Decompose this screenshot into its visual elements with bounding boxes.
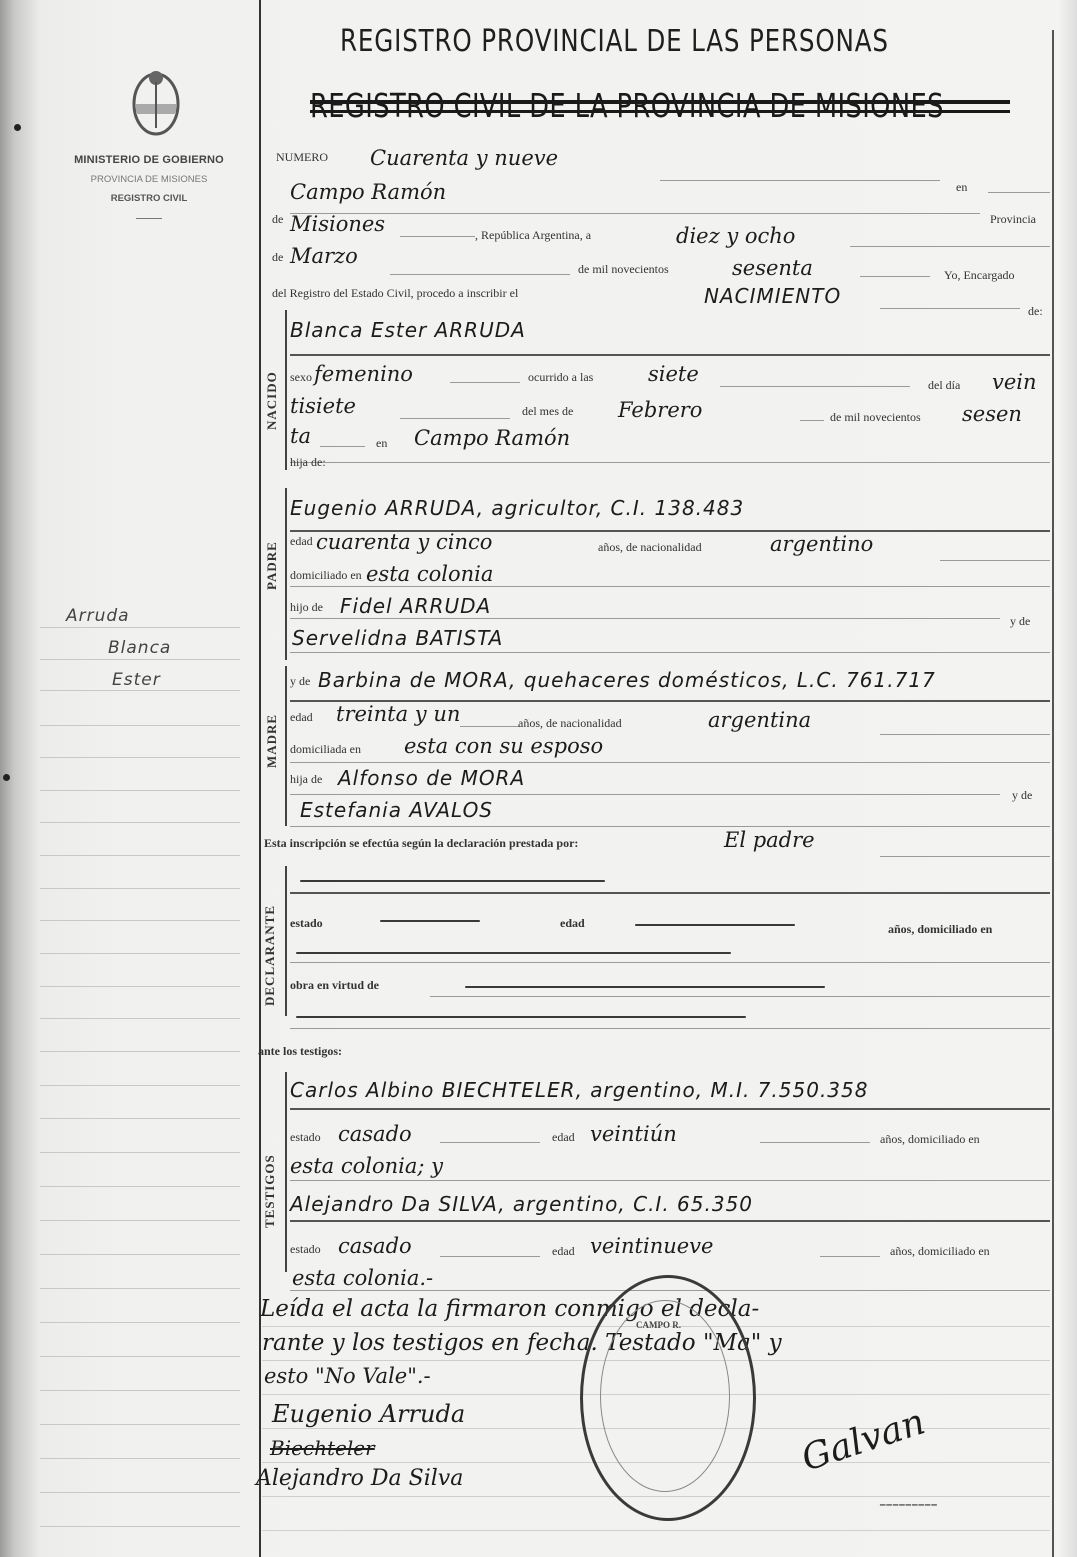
ministry-divider	[136, 218, 162, 219]
void-line	[465, 986, 825, 988]
domiciliado-label: años, domiciliado en	[880, 1132, 980, 1147]
edad-label: edad	[552, 1244, 575, 1259]
domiciliado-label: domiciliado en	[290, 568, 362, 583]
inscripcion-label: Esta inscripción se efectúa según la dec…	[264, 836, 578, 851]
domiciliado-label: años, domiciliado en	[890, 1244, 990, 1259]
section-label-testigos: TESTIGOS	[262, 1154, 278, 1228]
numero-label: NUMERO	[276, 150, 328, 165]
edad-label: edad	[290, 534, 313, 549]
year-value-part1: sesen	[962, 402, 1022, 426]
en-label: en	[376, 436, 387, 451]
strikethrough	[310, 100, 1010, 104]
y-de-label: y de	[1012, 788, 1032, 803]
de2-label: de	[272, 250, 283, 265]
witness2-domicile: esta colonia.-	[292, 1266, 433, 1290]
mother-nationality: argentina	[708, 708, 811, 732]
void-line	[380, 920, 480, 922]
ministry-name: MINISTERIO DE GOBIERNO	[40, 154, 258, 166]
registry-title: REGISTRO PROVINCIAL DE LAS PERSONAS	[340, 24, 889, 59]
year-value-part2: ta	[290, 424, 311, 448]
registry-title-struck: REGISTRO CIVIL DE LA PROVINCIA DE MISION…	[310, 86, 944, 125]
registro-label: del Registro del Estado Civil, procedo a…	[272, 286, 518, 301]
witness1-estado: casado	[338, 1122, 412, 1146]
year-label: de mil novecientos	[578, 262, 669, 277]
father-name: Eugenio ARRUDA, agricultor, C.I. 138.483	[290, 496, 744, 520]
section-bracket	[285, 666, 287, 826]
nacionalidad-label: años, de nacionalidad	[598, 540, 702, 555]
void-line	[300, 880, 605, 882]
y-de-label: y de	[1010, 614, 1030, 629]
page-edge	[1059, 0, 1077, 1557]
section-bracket	[285, 488, 287, 660]
hija-de-label: hija de	[290, 772, 322, 787]
margin-first-name: Blanca	[108, 638, 171, 658]
day-value-part1: vein	[992, 370, 1037, 394]
hour-value: siete	[648, 362, 699, 386]
section-label-declarante: DECLARANTE	[262, 905, 278, 1006]
right-border-line	[1052, 30, 1054, 1557]
signature-witness2: Alejandro Da Silva	[256, 1466, 463, 1491]
binding-hole	[14, 124, 21, 131]
section-bracket	[285, 310, 287, 470]
ministry-block: MINISTERIO DE GOBIERNO PROVINCIA DE MISI…	[40, 154, 258, 219]
coat-of-arms-icon	[128, 58, 184, 138]
maternal-grandmother: Estefania AVALOS	[300, 798, 493, 822]
obra-label: obra en virtud de	[290, 978, 379, 993]
provincia-label: Provincia	[990, 212, 1036, 227]
edad-label: edad	[552, 1130, 575, 1145]
month-value: Febrero	[618, 398, 702, 422]
sexo-label: sexo	[290, 370, 312, 385]
edad-label: edad	[560, 916, 585, 931]
estado-label: estado	[290, 1130, 321, 1145]
birthplace-value: Campo Ramón	[414, 426, 570, 450]
father-domicile: esta colonia	[366, 562, 493, 586]
estado-label: estado	[290, 1242, 321, 1257]
year-value: sesenta	[732, 256, 813, 280]
mother-age: treinta y un	[336, 702, 460, 726]
declarant-value: El padre	[724, 828, 815, 852]
registry-name: REGISTRO CIVIL	[40, 193, 258, 204]
y-de-madre-label: y de	[290, 674, 310, 689]
provincia-value: Misiones	[290, 212, 385, 236]
yo-encargado-label: Yo, Encargado	[944, 268, 1015, 283]
void-line	[296, 1016, 746, 1018]
officer-seal-text: ━━━━━━━━━	[880, 1500, 938, 1511]
nacionalidad-label: años, de nacionalidad	[518, 716, 622, 731]
father-nationality: argentino	[770, 532, 873, 556]
witness2-name: Alejandro Da SILVA, argentino, C.I. 65.3…	[290, 1192, 753, 1216]
closing-line-3: esto "No Vale".-	[264, 1364, 431, 1388]
ocurrido-label: ocurrido a las	[528, 370, 593, 385]
mes-label: del mes de	[522, 404, 573, 419]
witness2-estado: casado	[338, 1234, 412, 1258]
section-label-padre: PADRE	[264, 541, 280, 590]
mother-name: Barbina de MORA, quehaceres domésticos, …	[318, 668, 936, 692]
republica-label: , República Argentina, a	[475, 228, 591, 243]
de3-label: de:	[1028, 304, 1043, 319]
witness1-name: Carlos Albino BIECHTELER, argentino, M.I…	[290, 1078, 868, 1102]
day-value: diez y ocho	[676, 224, 795, 248]
en-label: en	[956, 180, 967, 195]
hija-de-label: hija de:	[290, 455, 326, 470]
domiciliado-label: años, domiciliado en	[888, 922, 992, 937]
del-dia-label: del día	[928, 378, 960, 393]
province-name: PROVINCIA DE MISIONES	[40, 174, 258, 185]
signature-declarant: Eugenio Arruda	[272, 1400, 465, 1428]
sexo-value: femenino	[314, 362, 413, 386]
edad-label: edad	[290, 710, 313, 725]
margin-second-name: Ester	[112, 670, 161, 690]
void-line	[635, 924, 795, 926]
month-value: Marzo	[290, 244, 358, 268]
child-name: Blanca Ester ARRUDA	[290, 318, 526, 342]
numero-value: Cuarenta y nueve	[370, 146, 558, 170]
father-age: cuarenta y cinco	[316, 530, 492, 554]
mother-domicile: esta con su esposo	[404, 734, 603, 758]
section-bracket	[285, 1072, 287, 1272]
year-label: de mil novecientos	[830, 410, 921, 425]
paternal-grandfather: Fidel ARRUDA	[340, 594, 491, 618]
de-label: de	[272, 212, 283, 227]
witness2-age: veintinueve	[590, 1234, 713, 1258]
section-label-nacido: NACIDO	[264, 371, 280, 430]
witness1-age: veintiún	[590, 1122, 677, 1146]
estado-label: estado	[290, 916, 323, 931]
witness1-domicile: esta colonia; y	[290, 1154, 443, 1178]
place-value: Campo Ramón	[290, 180, 446, 204]
seal-text: CAMPO R.	[636, 1320, 681, 1330]
domiciliada-label: domiciliada en	[290, 742, 361, 757]
binding-hole	[3, 774, 10, 781]
signature-witness1: Biechteler	[270, 1436, 375, 1460]
margin-surname: Arruda	[66, 606, 130, 626]
hijo-de-label: hijo de	[290, 600, 323, 615]
testigos-intro-label: ante los testigos:	[258, 1044, 342, 1059]
void-line	[296, 952, 731, 954]
strikethrough	[310, 110, 1010, 113]
day-value-part2: tisiete	[290, 394, 356, 418]
paternal-grandmother: Servelidna BATISTA	[292, 626, 503, 650]
section-label-madre: MADRE	[264, 714, 280, 768]
maternal-grandfather: Alfonso de MORA	[338, 766, 525, 790]
act-type-value: NACIMIENTO	[704, 284, 841, 308]
section-bracket	[285, 866, 287, 1016]
stub-divider-line	[259, 0, 261, 1557]
